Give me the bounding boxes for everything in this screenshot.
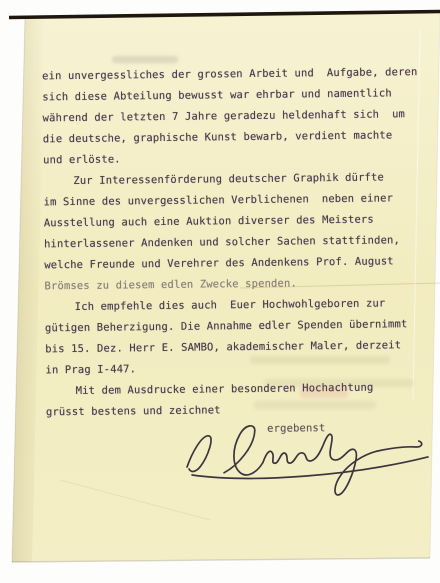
letter-line: Brömses zu diesem edlen Zwecke spenden. [44,272,426,297]
ink-smudge [112,56,178,63]
letter-line: Mit dem Ausdrucke einer besonderen Hocha… [46,377,428,402]
letter-body: ein unvergessliches der grossen Arbeit u… [42,62,428,423]
signature-capital-loop [224,426,263,475]
handwritten-signature [178,417,435,511]
signature-initial-stroke [187,436,212,472]
letter-photo: ein unvergessliches der grossen Arbeit u… [0,0,440,583]
signature-middle-squiggle [263,433,422,495]
letter-line: die deutsche, graphische Kunst bewarb, v… [43,125,425,150]
letter-line: bis 15. Dez. Herr E. SAMBO, akademischer… [45,335,427,360]
